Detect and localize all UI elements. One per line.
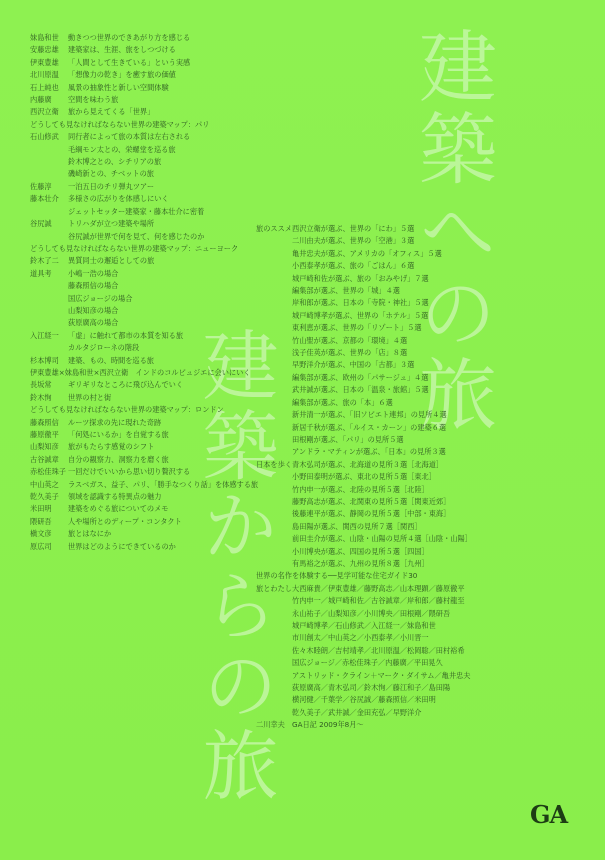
article-title: 一泊五日のチリ弾丸ツアー: [68, 181, 154, 193]
author-name: [256, 359, 292, 371]
contents-row: 伊東豊雄×妹島和世×西沢立衛 インドのコルビュジエに会いにいく: [30, 367, 270, 379]
contents-row: 米田明建築をめぐる旅についてのメモ: [30, 503, 270, 515]
author-name: 道具考: [30, 268, 68, 280]
article-title: 風景の抽象性と新しい空間体験: [68, 82, 169, 94]
article-title: 市川創太／中山英之／小西泰孝／小川晋一: [292, 632, 429, 644]
article-title: GA日記 2009年8月〜: [292, 719, 364, 731]
article-title: 鈴木博之との、シチリアの旅: [68, 156, 161, 168]
author-name: 長坂常: [30, 379, 68, 391]
article-title: 西沢立衛が選ぶ、世界の「にわ」５選: [292, 223, 414, 235]
contents-row: どうしても見なければならない世界の建築マップ：ニューヨーク: [30, 243, 270, 255]
article-title: 佐々木睦朗／吉村靖孝／北川原温／松岡聡／田村裕希: [292, 645, 465, 657]
contents-row: どうしても見なければならない世界の建築マップ：ロンドン: [30, 404, 270, 416]
author-name: [256, 657, 292, 669]
article-title: 一回だけでいいから思い切り贅沢する: [68, 466, 190, 478]
article-title: アストリッド・クライン＋マーク・ダイサム／亀井忠夫: [292, 670, 470, 682]
author-name: [30, 156, 68, 168]
section-heading: どうしても見なければならない世界の建築マップ：ニューヨーク: [30, 243, 238, 255]
author-name: 石山修武: [30, 131, 68, 143]
contents-row: 内藤廣空間を味わう旅: [30, 94, 270, 106]
contents-row: 中山英之ラスベガス、益子、パリ、「勝手なつくり話」を体感する旅: [30, 479, 270, 491]
contents-row: アストリッド・クライン＋マーク・ダイサム／亀井忠夫: [256, 670, 496, 682]
author-name: [30, 317, 68, 329]
article-title: 武井誠が選ぶ、日本の「温泉・旅館」５選: [292, 384, 429, 396]
contents-row: 新井清一が選ぶ、「旧ソビエト連邦」の見所４選: [256, 409, 496, 421]
article-title: 城戸崎博孝／石山修武／入江経一／妹島和世: [292, 620, 436, 632]
article-title: 荻原廣高／青木弘司／鈴木恂／藤江和子／島田陽: [292, 682, 450, 694]
section-heading: どうしても見なければならない世界の建築マップ：ロンドン: [30, 404, 224, 416]
ga-logo: GA: [530, 800, 567, 829]
contents-row: 藤野高志が選ぶ、北関東の見所５選［関東近郊］: [256, 496, 496, 508]
contents-row: 世界の名作を体験する──見学可能な住宅ガイド30: [256, 570, 496, 582]
article-title: 建築家は、生涯、旅をしつづける: [68, 44, 176, 56]
author-name: [256, 707, 292, 719]
author-name: [256, 235, 292, 247]
article-title: 「想像力の乾き」を癒す旅の価値: [68, 69, 176, 81]
author-name: 鈴木恂: [30, 392, 68, 404]
author-name: [256, 310, 292, 322]
article-title: 岸和郎が選ぶ、日本の「寺院・神社」５選: [292, 297, 429, 309]
contents-row: 荻原廣高／青木弘司／鈴木恂／藤江和子／島田陽: [256, 682, 496, 694]
contents-row: 国広ジョージの場合: [30, 293, 270, 305]
contents-row: 国広ジョージ／赤松佳珠子／内藤廣／平田晃久: [256, 657, 496, 669]
article-title: 自分の観察力、洞察力を磨く旅: [68, 454, 169, 466]
author-name: [256, 471, 292, 483]
contents-row: 入江経一「虚」に触れて都市の本質を知る旅: [30, 330, 270, 342]
contents-row: 島田陽が選ぶ、関西の見所７選［関西］: [256, 521, 496, 533]
contents-row: 浅子佳英が選ぶ、世界の「店」８選: [256, 347, 496, 359]
article-title: 乾久美子／武井誠／金田充弘／早野洋介: [292, 707, 421, 719]
article-title: 動きつつ世界のできあがり方を感じる: [68, 32, 190, 44]
author-name: 藤本壮介: [30, 193, 68, 205]
author-name: [256, 409, 292, 421]
article-title: 編集部が選ぶ、旅の「本」６選: [292, 397, 393, 409]
contents-row: 編集部が選ぶ、旅の「本」６選: [256, 397, 496, 409]
author-name: [256, 248, 292, 260]
article-title: 異質同士の邂逅としての旅: [68, 255, 154, 267]
contents-row: 新居千秋が選ぶ、「ルイス・カーン」の建築６選: [256, 422, 496, 434]
article-title: 「虚」に触れて都市の本質を知る旅: [68, 330, 183, 342]
article-title: 旅がもたらす感覚のシフト: [68, 441, 154, 453]
author-name: [256, 645, 292, 657]
article-title: 国広ジョージ／赤松佳珠子／内藤廣／平田晃久: [292, 657, 443, 669]
author-name: 安藤忠雄: [30, 44, 68, 56]
contents-row: 谷尻誠トリハダが立つ建築や場所: [30, 218, 270, 230]
contents-row: 鈴木恂世界の村と街: [30, 392, 270, 404]
contents-row: 佐々木睦朗／吉村靖孝／北川原温／松岡聡／田村裕希: [256, 645, 496, 657]
contents-row: 北川原温「想像力の乾き」を癒す旅の価値: [30, 69, 270, 81]
author-name: [256, 533, 292, 545]
contents-row: 古谷誠章自分の観察力、洞察力を磨く旅: [30, 454, 270, 466]
author-name: 原広司: [30, 541, 68, 553]
article-title: 永山祐子／山梨知彦／小川博央／田根剛／隈研吾: [292, 608, 450, 620]
article-title: 亀井忠夫が選ぶ、アメリカの「オフィス」５選: [292, 248, 442, 260]
contents-row: 編集部が選ぶ、世界の「城」４選: [256, 285, 496, 297]
author-name: [256, 670, 292, 682]
author-name: [256, 694, 292, 706]
author-name: [256, 521, 292, 533]
contents-row: 編集部が選ぶ、欧州の「パサージュ」４選: [256, 372, 496, 384]
author-name: 赤松佳珠子: [30, 466, 68, 478]
author-name: [30, 168, 68, 180]
author-name: [256, 384, 292, 396]
contents-row: 鈴木博之との、シチリアの旅: [30, 156, 270, 168]
article-title: 荻原廣高の場合: [68, 317, 118, 329]
contents-row: ジェットセッター建築家・藤本壮介に密着: [30, 206, 270, 218]
contents-row: 原広司世界はどのようにできているのか: [30, 541, 270, 553]
contents-row: 隈研吾人や場所とのディープ・コンタクト: [30, 516, 270, 528]
article-title: 田根剛が選ぶ、「パリ」の見所５選: [292, 434, 404, 446]
contents-row: 旅とわたし大西麻貴／伊東豊雄／藤野高志／山本理顕／藤原徹平: [256, 583, 496, 595]
author-name: 古谷誠章: [30, 454, 68, 466]
contents-row: 長坂常ギリギリなところに飛び込んでいく: [30, 379, 270, 391]
author-name: 槇文彦: [30, 528, 68, 540]
contents-row: 山梨知彦旅がもたらす感覚のシフト: [30, 441, 270, 453]
article-title: ルーツ探求の先に現れた奇跡: [68, 417, 161, 429]
contents-row: 藤森照信の場合: [30, 280, 270, 292]
author-name: 中山英之: [30, 479, 68, 491]
author-name: [30, 144, 68, 156]
article-title: 新井清一が選ぶ、「旧ソビエト連邦」の見所４選: [292, 409, 447, 421]
article-title: 早野洋介が選ぶ、中国の「古都」３選: [292, 359, 414, 371]
article-title: 編集部が選ぶ、欧州の「パサージュ」４選: [292, 372, 428, 384]
author-name: [256, 608, 292, 620]
article-title: 後藤連平が選ぶ、静岡の見所５選［中部・東海］: [292, 508, 450, 520]
author-name: 乾久美子: [30, 491, 68, 503]
article-title: 小西泰孝が選ぶ、旅の「ごはん」６選: [292, 260, 414, 272]
contents-row: 乾久美子領域を認識する特異点の魅力: [30, 491, 270, 503]
article-title: 小川博央が選ぶ、四国の見所５選［四国］: [292, 546, 429, 558]
author-name: 佐藤淳: [30, 181, 68, 193]
author-name: [30, 305, 68, 317]
article-title: 山梨知彦の場合: [68, 305, 118, 317]
author-name: [256, 285, 292, 297]
author-name: 隈研吾: [30, 516, 68, 528]
contents-row: 市川創太／中山英之／小西泰孝／小川晋一: [256, 632, 496, 644]
article-title: 浅子佳英が選ぶ、世界の「店」８選: [292, 347, 407, 359]
author-name: [256, 322, 292, 334]
author-name: [256, 682, 292, 694]
contents-row: 安藤忠雄建築家は、生涯、旅をしつづける: [30, 44, 270, 56]
contents-row: 山梨知彦の場合: [30, 305, 270, 317]
author-name: 山梨知彦: [30, 441, 68, 453]
author-name: [256, 335, 292, 347]
article-title: 人や場所とのディープ・コンタクト: [68, 516, 182, 528]
contents-row: 鈴木了二異質同士の邂逅としての旅: [30, 255, 270, 267]
contents-row: カルタジローネの階段: [30, 342, 270, 354]
author-name: [30, 280, 68, 292]
contents-row: 竹内申一／城戸崎和佐／古谷誠章／岸和郎／藤村龍至: [256, 595, 496, 607]
article-title: 旅とはなにか: [68, 528, 111, 540]
contents-row: 藤原徹平「何処にいるか」を自覚する旅: [30, 429, 270, 441]
contents-row: 槇文彦旅とはなにか: [30, 528, 270, 540]
contents-row: 竹内申一が選ぶ、北陸の見所５選［北陸］: [256, 484, 496, 496]
article-title: ジェットセッター建築家・藤本壮介に密着: [68, 206, 204, 218]
article-title: 谷尻誠が世界で何を見て、何を感じたのか: [68, 231, 204, 243]
author-name: [256, 558, 292, 570]
contents-row: 二川由夫が選ぶ、世界の「空港」３選: [256, 235, 496, 247]
author-name: [256, 546, 292, 558]
article-title: ギリギリなところに飛び込んでいく: [68, 379, 183, 391]
author-name: [256, 297, 292, 309]
contents-row: 谷尻誠が世界で何を見て、何を感じたのか: [30, 231, 270, 243]
article-title: カルタジローネの階段: [68, 342, 139, 354]
contents-row: 小川博央が選ぶ、四国の見所５選［四国］: [256, 546, 496, 558]
author-name: 藤森照信: [30, 417, 68, 429]
contents-row: 小西泰孝が選ぶ、旅の「ごはん」６選: [256, 260, 496, 272]
article-title: トリハダが立つ建築や場所: [68, 218, 154, 230]
article-title: 国広ジョージの場合: [68, 293, 132, 305]
contents-row: 二川幸夫GA日記 2009年8月〜: [256, 719, 496, 731]
author-name: [256, 446, 292, 458]
author-name: 藤原徹平: [30, 429, 68, 441]
article-title: 城戸崎博孝が選ぶ、世界の「ホテル」５選: [292, 310, 428, 322]
article-title: 島田陽が選ぶ、関西の見所７選［関西］: [292, 521, 422, 533]
contents-row: 佐藤淳一泊五日のチリ弾丸ツアー: [30, 181, 270, 193]
article-title: 小嶋一浩の場合: [68, 268, 118, 280]
author-name: 米田明: [30, 503, 68, 515]
article-title: 建築、もの、時間を巡る旅: [68, 355, 154, 367]
contents-row: 西沢立衛旅から見えてくる「世界」: [30, 106, 270, 118]
contents-left-column: 妹島和世動きつつ世界のできあがり方を感じる安藤忠雄建築家は、生涯、旅をしつづける…: [30, 32, 270, 553]
author-name: 鈴木了二: [30, 255, 68, 267]
contents-row: 竹山聖が選ぶ、京都の「環境」４選: [256, 335, 496, 347]
contents-row: 磯崎新との、チベットの旅: [30, 168, 270, 180]
article-title: 竹内申一／城戸崎和佐／古谷誠章／岸和郎／藤村龍至: [292, 595, 465, 607]
article-title: 東利恵が選ぶ、世界の「リゾート」５選: [292, 322, 422, 334]
article-title: 有馬裕之が選ぶ、九州の見所８選［九州］: [292, 558, 429, 570]
contents-row: アンドラ・マティンが選ぶ、「日本」の見所３選: [256, 446, 496, 458]
contents-row: 藤森照信ルーツ探求の先に現れた奇跡: [30, 417, 270, 429]
article-title: 小野田泰明が選ぶ、東北の見所５選［東北］: [292, 471, 436, 483]
author-name: [256, 632, 292, 644]
article-title: ラスベガス、益子、パリ、「勝手なつくり話」を体感する旅: [68, 479, 258, 491]
contents-row: 伊東豊雄「人間として生きている」という実感: [30, 57, 270, 69]
author-name: 内藤廣: [30, 94, 68, 106]
article-title: 領域を認識する特異点の魅力: [68, 491, 161, 503]
contents-row: 杉本博司建築、もの、時間を巡る旅: [30, 355, 270, 367]
article-title: 建築をめぐる旅についてのメモ: [68, 503, 168, 515]
author-name: 伊東豊雄: [30, 57, 68, 69]
contents-row: 石山修武同行者によって旅の本質は左右される: [30, 131, 270, 143]
author-name: 旅のススメ: [256, 223, 292, 235]
author-name: 西沢立衛: [30, 106, 68, 118]
author-name: [256, 508, 292, 520]
article-title: 編集部が選ぶ、世界の「城」４選: [292, 285, 400, 297]
author-name: 日本を歩く: [256, 459, 292, 471]
author-name: [256, 260, 292, 272]
contents-row: 妹島和世動きつつ世界のできあがり方を感じる: [30, 32, 270, 44]
author-name: [30, 342, 68, 354]
author-name: 妹島和世: [30, 32, 68, 44]
section-heading: どうしても見なければならない世界の建築マップ：パリ: [30, 119, 209, 131]
contents-row: 城戸崎和佐が選ぶ、旅の「おみやげ」７選: [256, 273, 496, 285]
article-title: 前田圭介が選ぶ、山陰・山陽の見所４選［山陰・山陽］: [292, 533, 472, 545]
contents-row: 道具考小嶋一浩の場合: [30, 268, 270, 280]
author-name: 杉本博司: [30, 355, 68, 367]
author-name: [256, 620, 292, 632]
article-title: 磯崎新との、チベットの旅: [68, 168, 154, 180]
author-name: [256, 273, 292, 285]
author-name: [256, 422, 292, 434]
contents-row: 荻原廣高の場合: [30, 317, 270, 329]
article-title: 新居千秋が選ぶ、「ルイス・カーン」の建築６選: [292, 422, 446, 434]
contents-row: 有馬裕之が選ぶ、九州の見所８選［九州］: [256, 558, 496, 570]
author-name: [256, 434, 292, 446]
contents-row: 永山祐子／山梨知彦／小川博央／田根剛／隈研吾: [256, 608, 496, 620]
contents-row: 赤松佳珠子一回だけでいいから思い切り贅沢する: [30, 466, 270, 478]
article-title: 多様さの広がりを体感しにいく: [68, 193, 169, 205]
article-title: 「何処にいるか」を自覚する旅: [68, 429, 169, 441]
article-title: 横河健／千葉学／谷尻誠／藤森照信／米田明: [292, 694, 436, 706]
contents-row: 横河健／千葉学／谷尻誠／藤森照信／米田明: [256, 694, 496, 706]
author-name: 石上純也: [30, 82, 68, 94]
article-title: 藤森照信の場合: [68, 280, 118, 292]
article-title: 大西麻貴／伊東豊雄／藤野高志／山本理顕／藤原徹平: [292, 583, 465, 595]
article-title: 毛綱モン太との、栄螺堂を巡る旅: [68, 144, 176, 156]
article-title: 藤野高志が選ぶ、北関東の見所５選［関東近郊］: [292, 496, 450, 508]
contents-row: 乾久美子／武井誠／金田充弘／早野洋介: [256, 707, 496, 719]
article-title: 同行者によって旅の本質は左右される: [68, 131, 190, 143]
contents-row: 小野田泰明が選ぶ、東北の見所５選［東北］: [256, 471, 496, 483]
article-title: 竹内申一が選ぶ、北陸の見所５選［北陸］: [292, 484, 429, 496]
contents-row: 田根剛が選ぶ、「パリ」の見所５選: [256, 434, 496, 446]
author-name: [30, 231, 68, 243]
author-name: 二川幸夫: [256, 719, 292, 731]
contents-row: 石上純也風景の抽象性と新しい空間体験: [30, 82, 270, 94]
contents-row: 城戸崎博孝／石山修武／入江経一／妹島和世: [256, 620, 496, 632]
article-title: 世界の村と街: [68, 392, 111, 404]
section-heading: 伊東豊雄×妹島和世×西沢立衛 インドのコルビュジエに会いにいく: [30, 367, 251, 379]
author-name: [30, 293, 68, 305]
author-name: [256, 595, 292, 607]
contents-row: 東利恵が選ぶ、世界の「リゾート」５選: [256, 322, 496, 334]
article-title: 空間を味わう旅: [68, 94, 118, 106]
author-name: 旅とわたし: [256, 583, 292, 595]
contents-row: 藤本壮介多様さの広がりを体感しにいく: [30, 193, 270, 205]
article-title: 青木弘司が選ぶ、北海道の見所３選［北海道］: [292, 459, 443, 471]
article-title: 旅から見えてくる「世界」: [68, 106, 154, 118]
article-title: 世界はどのようにできているのか: [68, 541, 176, 553]
contents-row: 旅のススメ西沢立衛が選ぶ、世界の「にわ」５選: [256, 223, 496, 235]
contents-row: 日本を歩く青木弘司が選ぶ、北海道の見所３選［北海道］: [256, 459, 496, 471]
article-title: 竹山聖が選ぶ、京都の「環境」４選: [292, 335, 407, 347]
article-title: 「人間として生きている」という実感: [68, 57, 190, 69]
contents-row: 後藤連平が選ぶ、静岡の見所５選［中部・東海］: [256, 508, 496, 520]
author-name: [256, 484, 292, 496]
author-name: 谷尻誠: [30, 218, 68, 230]
contents-row: 毛綱モン太との、栄螺堂を巡る旅: [30, 144, 270, 156]
contents-right-column: 旅のススメ西沢立衛が選ぶ、世界の「にわ」５選二川由夫が選ぶ、世界の「空港」３選亀…: [256, 223, 496, 732]
author-name: [30, 206, 68, 218]
contents-row: 早野洋介が選ぶ、中国の「古都」３選: [256, 359, 496, 371]
author-name: [256, 347, 292, 359]
contents-row: 亀井忠夫が選ぶ、アメリカの「オフィス」５選: [256, 248, 496, 260]
author-name: [256, 372, 292, 384]
author-name: 北川原温: [30, 69, 68, 81]
contents-row: 前田圭介が選ぶ、山陰・山陽の見所４選［山陰・山陽］: [256, 533, 496, 545]
article-title: アンドラ・マティンが選ぶ、「日本」の見所３選: [292, 446, 446, 458]
article-title: 二川由夫が選ぶ、世界の「空港」３選: [292, 235, 414, 247]
author-name: [256, 397, 292, 409]
contents-row: 岸和郎が選ぶ、日本の「寺院・神社」５選: [256, 297, 496, 309]
contents-row: 城戸崎博孝が選ぶ、世界の「ホテル」５選: [256, 310, 496, 322]
contents-row: 武井誠が選ぶ、日本の「温泉・旅館」５選: [256, 384, 496, 396]
article-title: 城戸崎和佐が選ぶ、旅の「おみやげ」７選: [292, 273, 429, 285]
section-heading: 世界の名作を体験する──見学可能な住宅ガイド30: [256, 570, 417, 582]
author-name: [256, 496, 292, 508]
contents-row: どうしても見なければならない世界の建築マップ：パリ: [30, 119, 270, 131]
author-name: 入江経一: [30, 330, 68, 342]
